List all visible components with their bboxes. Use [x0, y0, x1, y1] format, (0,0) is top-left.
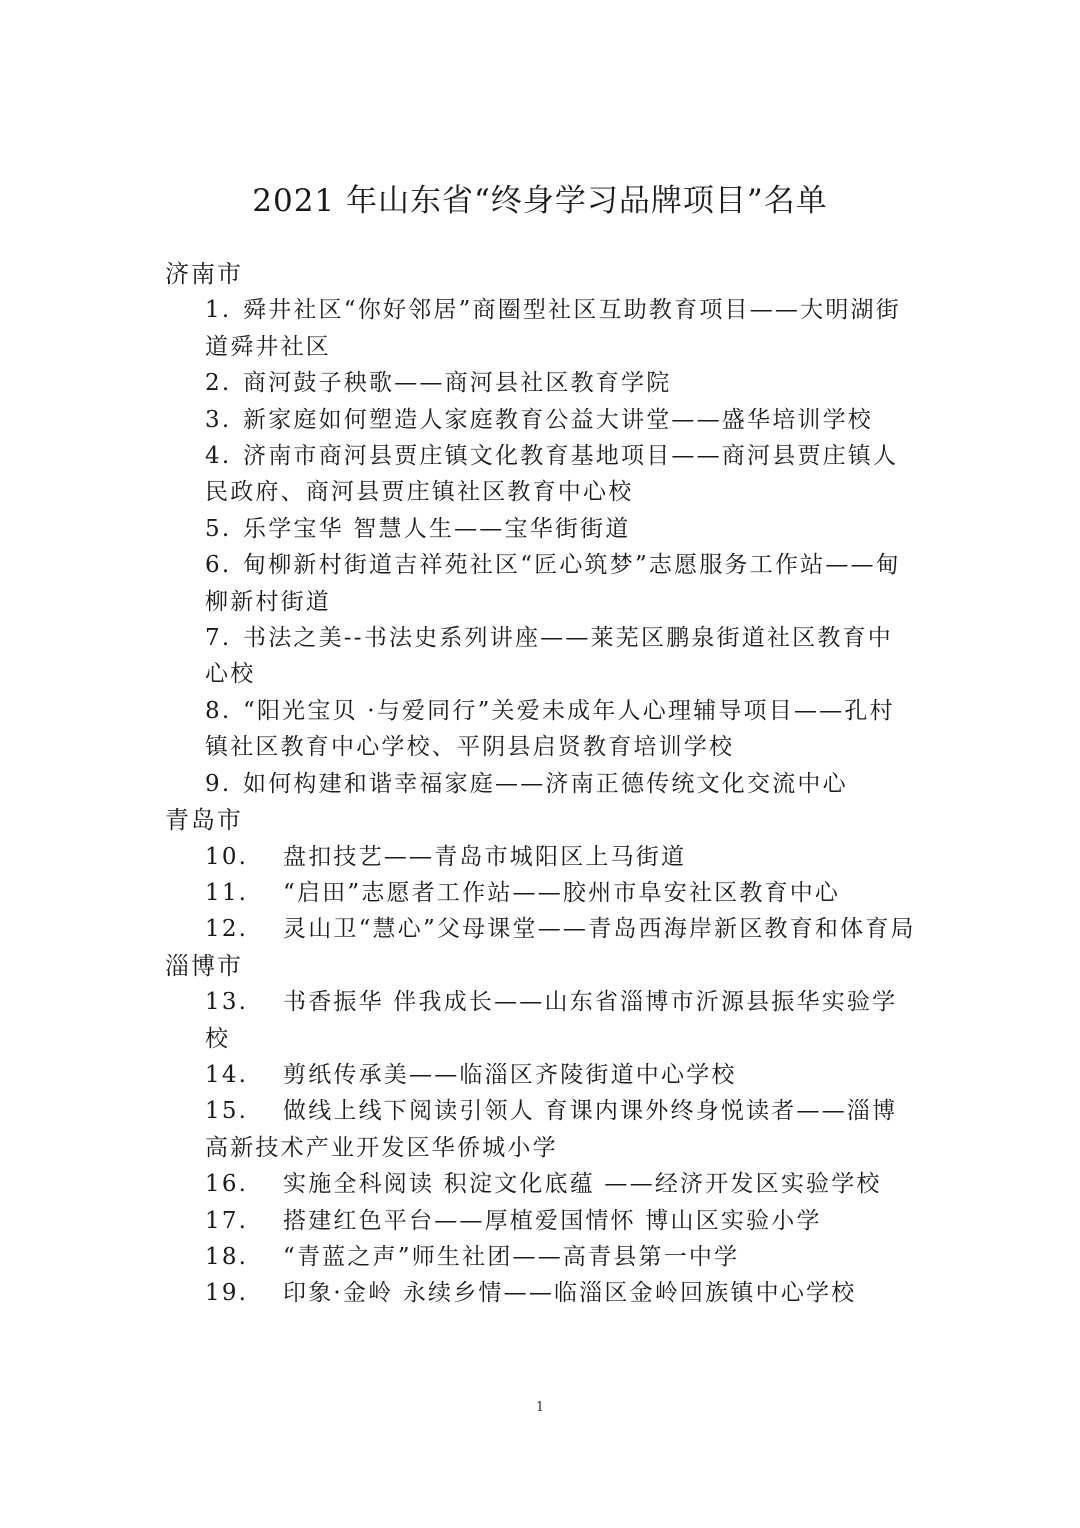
item-number: 12. [205, 911, 283, 947]
item-number: 4. [205, 438, 243, 474]
list-item: 3.新家庭如何塑造人家庭教育公益大讲堂——盛华培训学校 [165, 402, 917, 438]
list-item: 12.灵山卫“慧心”父母课堂——青岛西海岸新区教育和体育局 [165, 911, 917, 947]
item-text: 做线上线下阅读引领人 育课内课外终身悦读者——淄博高新技术产业开发区华侨城小学 [205, 1098, 897, 1160]
section-heading: 青岛市 [165, 802, 917, 838]
list-item: 1.舜井社区“你好邻居”商圈型社区互助教育项目——大明湖街道舜井社区 [165, 292, 917, 365]
item-number: 17. [205, 1203, 283, 1239]
item-number: 8. [205, 693, 243, 729]
list-item: 9.如何构建和谐幸福家庭——济南正德传统文化交流中心 [165, 766, 917, 802]
item-number: 6. [205, 547, 243, 583]
item-text: 济南市商河县贾庄镇文化教育基地项目——商河县贾庄镇人民政府、商河县贾庄镇社区教育… [205, 443, 898, 505]
item-text: 甸柳新村街道吉祥苑社区“匠心筑梦”志愿服务工作站——甸柳新村街道 [205, 552, 901, 614]
list-item: 17.搭建红色平台——厚植爱国情怀 博山区实验小学 [165, 1203, 917, 1239]
item-text: 乐学宝华 智慧人生——宝华街街道 [243, 516, 631, 542]
item-number: 15. [205, 1093, 283, 1129]
list-item: 14.剪纸传承美——临淄区齐陵街道中心学校 [165, 1057, 917, 1093]
list-item: 6.甸柳新村街道吉祥苑社区“匠心筑梦”志愿服务工作站——甸柳新村街道 [165, 547, 917, 620]
item-text: “阳光宝贝 ·与爱同行”关爱未成年人心理辅导项目——孔村镇社区教育中心学校、平阴… [205, 698, 895, 760]
item-text: 新家庭如何塑造人家庭教育公益大讲堂——盛华培训学校 [243, 407, 873, 433]
item-text: 商河鼓子秧歌——商河县社区教育学院 [243, 370, 671, 396]
item-text: 书香振华 伴我成长——山东省淄博市沂源县振华实验学校 [205, 989, 897, 1051]
section-qingdao: 青岛市 10.盘扣技艺——青岛市城阳区上马街道 11.“启田”志愿者工作站——胶… [165, 802, 917, 948]
item-number: 14. [205, 1057, 283, 1093]
item-number: 13. [205, 984, 283, 1020]
item-number: 11. [205, 875, 283, 911]
list-item: 4.济南市商河县贾庄镇文化教育基地项目——商河县贾庄镇人民政府、商河县贾庄镇社区… [165, 438, 917, 511]
project-list: 济南市 1.舜井社区“你好邻居”商圈型社区互助教育项目——大明湖街道舜井社区 2… [165, 256, 917, 1312]
page-title: 2021 年山东省“终身学习品牌项目”名单 [0, 178, 1080, 224]
item-text: “启田”志愿者工作站——胶州市阜安社区教育中心 [283, 880, 840, 906]
item-text: 盘扣技艺——青岛市城阳区上马街道 [283, 844, 686, 870]
item-text: 剪纸传承美——临淄区齐陵街道中心学校 [283, 1062, 737, 1088]
item-number: 19. [205, 1275, 283, 1311]
list-item: 16.实施全科阅读 积淀文化底蕴 ——经济开发区实验学校 [165, 1166, 917, 1202]
item-text: 灵山卫“慧心”父母课堂——青岛西海岸新区教育和体育局 [283, 916, 916, 942]
item-text: 搭建红色平台——厚植爱国情怀 博山区实验小学 [283, 1208, 822, 1234]
item-number: 16. [205, 1166, 283, 1202]
section-heading: 济南市 [165, 256, 917, 292]
list-item: 5.乐学宝华 智慧人生——宝华街街道 [165, 511, 917, 547]
section-jinan: 济南市 1.舜井社区“你好邻居”商圈型社区互助教育项目——大明湖街道舜井社区 2… [165, 256, 917, 802]
item-number: 3. [205, 402, 243, 438]
item-number: 18. [205, 1239, 283, 1275]
list-item: 11.“启田”志愿者工作站——胶州市阜安社区教育中心 [165, 875, 917, 911]
item-number: 2. [205, 365, 243, 401]
item-text: 印象·金岭 永续乡情——临淄区金岭回族镇中心学校 [283, 1280, 856, 1306]
item-number: 5. [205, 511, 243, 547]
list-item: 8.“阳光宝贝 ·与爱同行”关爱未成年人心理辅导项目——孔村镇社区教育中心学校、… [165, 693, 917, 766]
section-heading: 淄博市 [165, 948, 917, 984]
list-item: 18.“青蓝之声”师生社团——高青县第一中学 [165, 1239, 917, 1275]
item-text: 书法之美--书法史系列讲座——莱芜区鹏泉街道社区教育中心校 [205, 625, 893, 687]
section-zibo: 淄博市 13.书香振华 伴我成长——山东省淄博市沂源县振华实验学校 14.剪纸传… [165, 948, 917, 1312]
item-number: 7. [205, 620, 243, 656]
list-item: 10.盘扣技艺——青岛市城阳区上马街道 [165, 839, 917, 875]
list-item: 15.做线上线下阅读引领人 育课内课外终身悦读者——淄博高新技术产业开发区华侨城… [165, 1093, 917, 1166]
list-item: 19.印象·金岭 永续乡情——临淄区金岭回族镇中心学校 [165, 1275, 917, 1311]
item-number: 1. [205, 292, 243, 328]
list-item: 2.商河鼓子秧歌——商河县社区教育学院 [165, 365, 917, 401]
list-item: 13.书香振华 伴我成长——山东省淄博市沂源县振华实验学校 [165, 984, 917, 1057]
item-text: 如何构建和谐幸福家庭——济南正德传统文化交流中心 [243, 771, 848, 797]
item-text: 实施全科阅读 积淀文化底蕴 ——经济开发区实验学校 [283, 1171, 882, 1197]
item-number: 10. [205, 839, 283, 875]
list-item: 7.书法之美--书法史系列讲座——莱芜区鹏泉街道社区教育中心校 [165, 620, 917, 693]
page-number: 1 [0, 1400, 1080, 1415]
item-text: “青蓝之声”师生社团——高青县第一中学 [283, 1244, 739, 1270]
item-text: 舜井社区“你好邻居”商圈型社区互助教育项目——大明湖街道舜井社区 [205, 297, 901, 359]
item-number: 9. [205, 766, 243, 802]
